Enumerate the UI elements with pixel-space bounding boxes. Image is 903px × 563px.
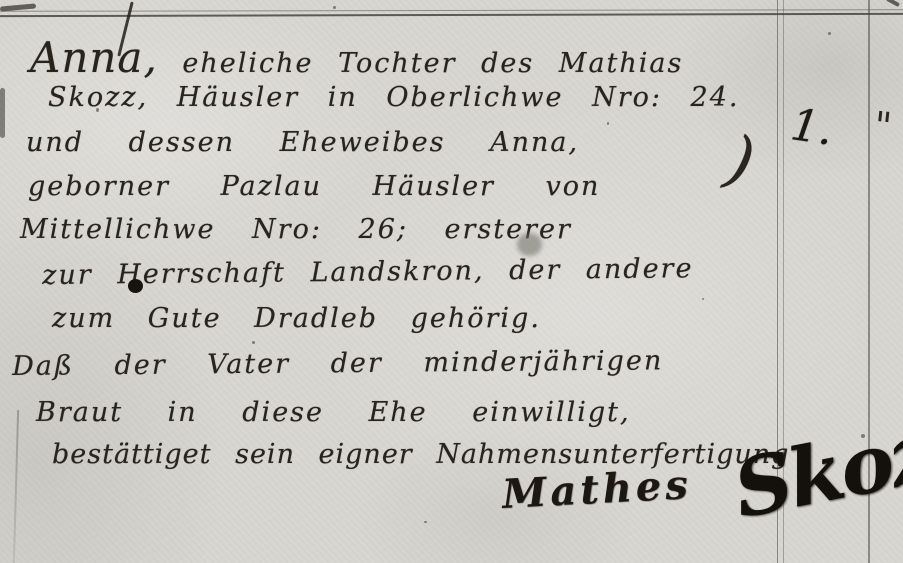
signature-surname-flourish: Skozz bbox=[726, 398, 903, 537]
manuscript-line-1-rest: eheliche Tochter des Mathias bbox=[158, 48, 684, 79]
top-ruled-line-heavy bbox=[0, 13, 903, 17]
margin-ditto-mark: " bbox=[872, 103, 894, 149]
manuscript-name-anna: Anna, bbox=[30, 33, 158, 82]
ink-speck bbox=[333, 6, 336, 9]
paper-crease bbox=[13, 410, 19, 563]
ink-speck bbox=[424, 521, 427, 523]
ink-speck bbox=[702, 298, 704, 300]
scanned-record-page: Anna, eheliche Tochter des Mathias Skozz… bbox=[0, 0, 903, 563]
ink-speck bbox=[828, 32, 831, 35]
manuscript-line-2: Skozz, Häusler in Oberlichwe Nro: 24. bbox=[48, 82, 740, 113]
manuscript-line-5: Mittellichwe Nro: 26; ersterer bbox=[20, 214, 572, 245]
edge-smudge-left bbox=[0, 88, 5, 138]
ink-speck bbox=[96, 108, 99, 112]
manuscript-line-7: zum Gute Dradleb gehörig. bbox=[52, 303, 541, 334]
edge-smudge-top-right bbox=[886, 0, 900, 7]
ink-speck bbox=[607, 122, 609, 125]
manuscript-line-1: Anna, eheliche Tochter des Mathias bbox=[30, 33, 683, 82]
ink-speck bbox=[861, 434, 865, 438]
ink-speck bbox=[252, 341, 255, 344]
ink-blot bbox=[128, 279, 143, 293]
manuscript-line-3: und dessen Eheweibes Anna, bbox=[26, 127, 579, 158]
manuscript-line-4: geborner Pazlau Häusler von bbox=[28, 171, 600, 202]
closing-bracket-flourish: ) bbox=[719, 122, 761, 200]
margin-amount-value: 1. bbox=[788, 99, 837, 155]
signature-forename: Mathes bbox=[501, 461, 693, 518]
top-ruled-line-light bbox=[0, 9, 903, 12]
manuscript-line-9: Braut in diese Ehe einwilligt, bbox=[36, 397, 631, 428]
paper-stain bbox=[517, 233, 542, 256]
manuscript-line-8: Daß der Vater der minderjährigen bbox=[12, 345, 663, 382]
